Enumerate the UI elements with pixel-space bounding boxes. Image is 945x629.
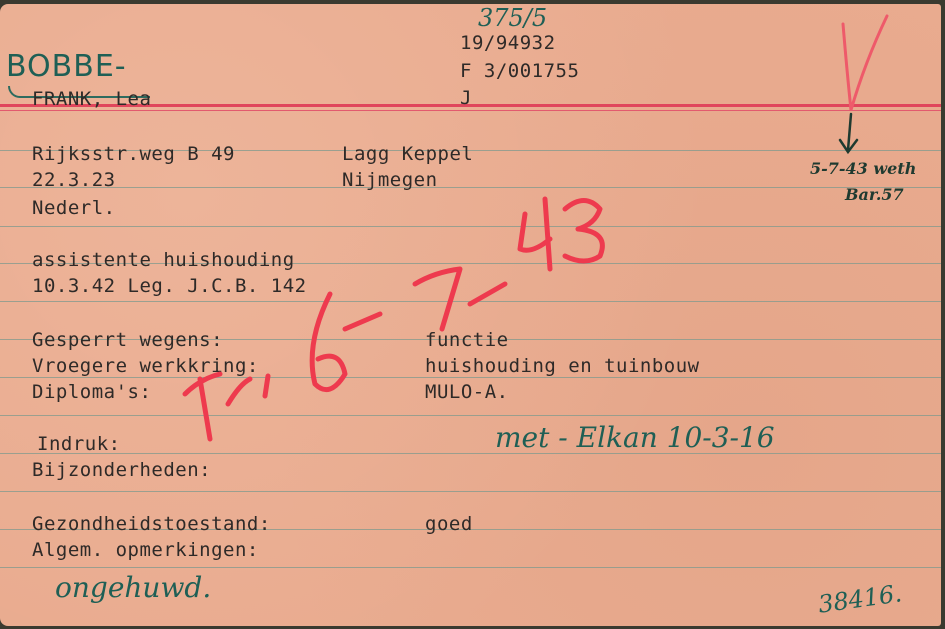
bottom-signature: ongehuwd.	[55, 574, 211, 602]
reference-number-1: 19/94932	[460, 34, 556, 53]
field-label-algem-opmerkingen: Algem. opmerkingen:	[32, 541, 259, 560]
arrow-down-icon	[835, 112, 865, 157]
red-check-mark-icon	[835, 12, 895, 112]
ruled-line	[0, 491, 941, 492]
place-1: Lagg Keppel	[342, 145, 473, 164]
header-red-rule-thin	[0, 110, 941, 111]
field-value-gezondheidstoestand: goed	[425, 515, 473, 534]
margin-note-line-2: Bar.57	[845, 187, 904, 203]
field-label-indruk: Indruk:	[37, 435, 121, 454]
red-pencil-date-icon	[180, 184, 620, 444]
margin-note-line-1: 5-7-43 weth	[810, 161, 916, 177]
ruled-line	[0, 453, 941, 454]
birth-date: 22.3.23	[32, 171, 116, 190]
bottom-number: 38416.	[817, 581, 904, 616]
field-label-gezondheidstoestand: Gezondheidstoestand:	[32, 515, 271, 534]
index-card: BOBBE- FRANK, Lea 375/5 19/94932 F 3/001…	[0, 4, 941, 626]
address: Rijksstr.weg B 49	[32, 145, 235, 164]
reference-letter: J	[460, 89, 472, 108]
ruled-line	[0, 567, 941, 568]
reference-number-2: F 3/001755	[460, 62, 579, 81]
handwritten-surname: BOBBE-	[6, 52, 127, 82]
person-name: FRANK, Lea	[32, 90, 151, 109]
field-label-bijzonderheden: Bijzonderheden:	[32, 461, 211, 480]
field-label-diplomas: Diploma's:	[32, 383, 151, 402]
nationality: Nederl.	[32, 199, 116, 218]
handwritten-reference: 375/5	[478, 6, 547, 30]
